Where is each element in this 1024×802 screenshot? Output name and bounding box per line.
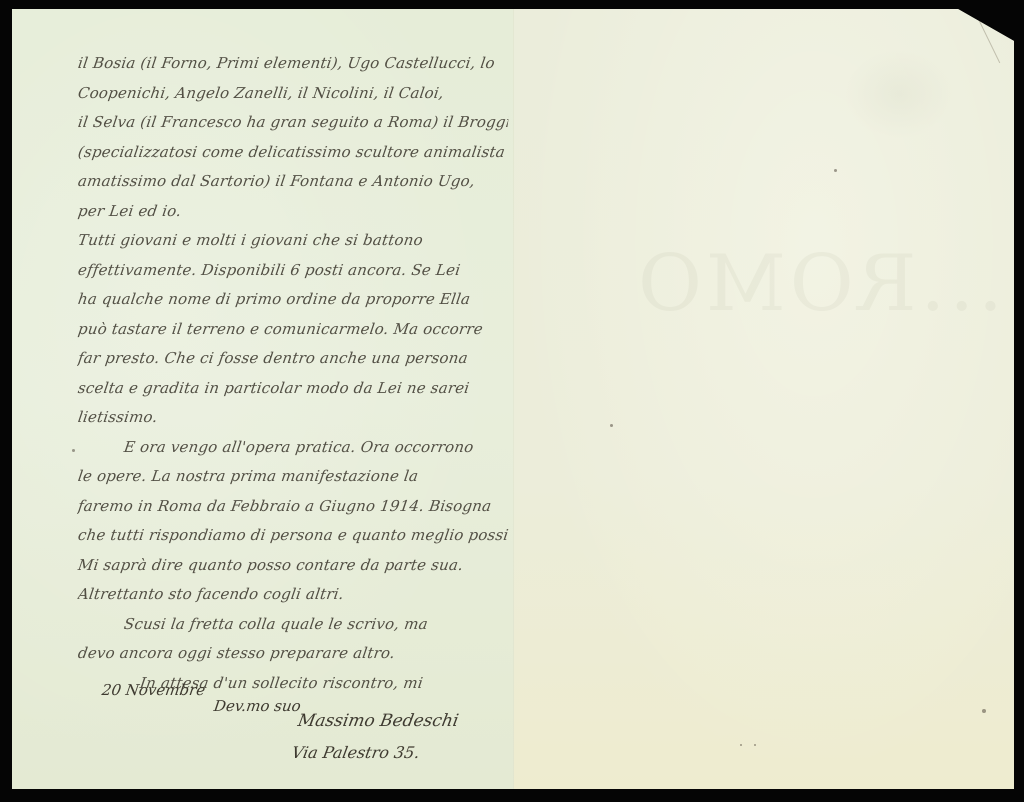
body-line: per Lei ed io.: [76, 197, 510, 227]
right-page: IL ...ROMO: [514, 9, 1014, 789]
letter-date: 20 Novembre: [101, 681, 207, 699]
body-line: far presto. Che ci fosse dentro anche un…: [76, 344, 510, 374]
paper-speck: [610, 424, 613, 427]
body-line: effettivamente. Disponibili 6 posti anco…: [76, 256, 510, 286]
body-line: che tutti rispondiamo di persona e quant…: [76, 521, 510, 551]
body-line: ha qualche nome di primo ordine da propo…: [76, 285, 510, 315]
signature: Massimo Bedeschi: [296, 711, 460, 731]
letter-body: il Bosia (il Forno, Primi elementi), Ugo…: [78, 49, 508, 698]
body-line: faremo in Roma da Febbraio a Giugno 1914…: [76, 492, 510, 522]
body-line: Mi saprà dire quanto posso contare da pa…: [76, 551, 510, 581]
letterhead-crest-ghost: [844, 49, 954, 139]
paper-speck: [740, 744, 742, 746]
paper-speck: [982, 709, 986, 713]
paper-speck: [834, 169, 837, 172]
left-page: il Bosia (il Forno, Primi elementi), Ugo…: [12, 9, 514, 789]
body-line: le opere. La nostra prima manifestazione…: [76, 462, 510, 492]
body-line: scelta e gradita in particolar modo da L…: [76, 374, 510, 404]
paper-speck: [754, 744, 756, 746]
letter-sheet: il Bosia (il Forno, Primi elementi), Ugo…: [12, 9, 1014, 789]
body-line: lietissimo.: [76, 403, 510, 433]
scanned-letter: il Bosia (il Forno, Primi elementi), Ugo…: [0, 0, 1024, 802]
body-line: Coopenichi, Angelo Zanelli, il Nicolini,…: [76, 79, 510, 109]
sender-address: Via Palestro 35.: [290, 743, 421, 762]
body-line: Altrettanto sto facendo cogli altri.: [76, 580, 510, 610]
body-line: amatissimo dal Sartorio) il Fontana e An…: [76, 167, 510, 197]
body-line: devo ancora oggi stesso preparare altro.: [76, 639, 510, 669]
letterhead-show-through: IL ...ROMO: [634, 239, 1024, 329]
body-line: E ora vengo all'opera pratica. Ora occor…: [76, 433, 510, 463]
corner-crease: [973, 9, 1000, 63]
paper-speck: [72, 449, 75, 452]
letter-closing: 20 Novembre Dev.mo suo Massimo Bedeschi …: [102, 681, 502, 781]
body-line: il Selva (il Francesco ha gran seguito a…: [76, 108, 510, 138]
closing-greeting: Dev.mo suo: [213, 697, 302, 715]
body-line: può tastare il terreno e comunicarmelo. …: [76, 315, 510, 345]
body-line: Tutti giovani e molti i giovani che si b…: [76, 226, 510, 256]
body-line: Scusi la fretta colla quale le scrivo, m…: [76, 610, 510, 640]
body-line: il Bosia (il Forno, Primi elementi), Ugo…: [76, 49, 510, 79]
body-line: (specializzatosi come delicatissimo scul…: [76, 138, 510, 168]
